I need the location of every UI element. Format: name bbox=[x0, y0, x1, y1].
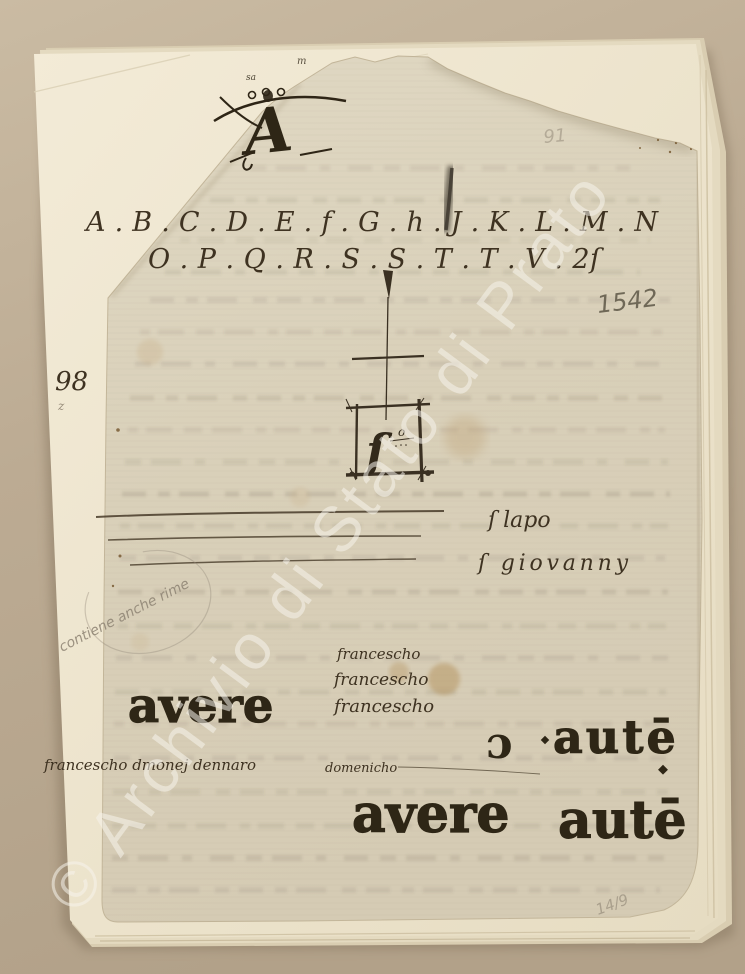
name-lapo: ſ lapo bbox=[486, 508, 551, 533]
scanned-manuscript-photo: sa m A 91 A . B . C . D . E . f . G . h … bbox=[0, 0, 745, 974]
manuscript-scan: sa m A 91 A . B . C . D . E . f . G . h … bbox=[0, 0, 745, 974]
folio-number-pencil: 91 bbox=[543, 125, 568, 148]
tiny-note: m bbox=[297, 56, 306, 67]
name-francesco: francescho bbox=[332, 670, 429, 690]
aute-prefix-mark: ɔ bbox=[486, 718, 513, 769]
name-francesco: francescho bbox=[332, 696, 434, 717]
gothic-avere-bottom: avere bbox=[352, 784, 509, 845]
gothic-aute-bottom: autē bbox=[558, 790, 687, 851]
name-domenico: domenicho bbox=[325, 761, 397, 776]
tiny-note: sa bbox=[246, 73, 256, 83]
folio-number-ink: 98 bbox=[55, 367, 88, 397]
gothic-aute-top: autē bbox=[553, 710, 679, 764]
small-z-mark: z bbox=[57, 399, 65, 413]
name-francesco: francescho bbox=[336, 645, 420, 663]
